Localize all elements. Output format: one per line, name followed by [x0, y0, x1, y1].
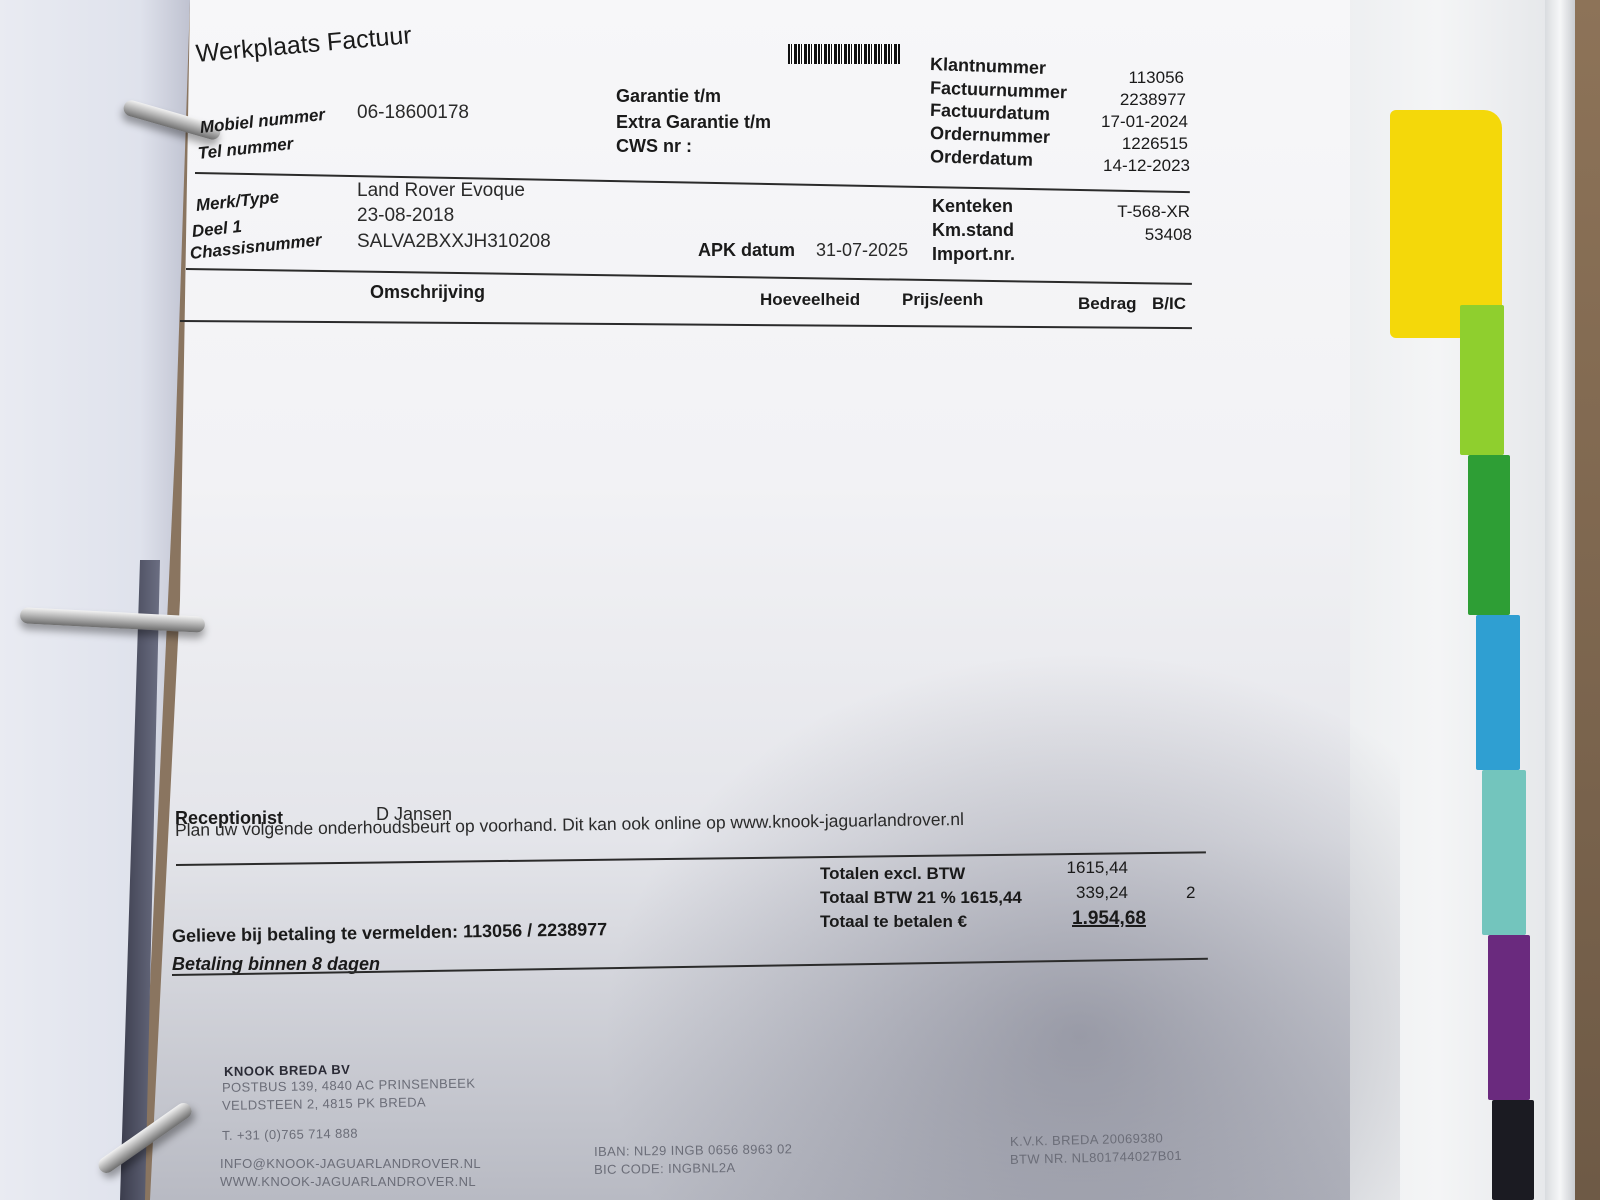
footer-company-name: KNOOK BREDA BV — [224, 1062, 351, 1079]
orderdatum-label: Orderdatum — [930, 146, 1034, 171]
payment-reference: Gelieve bij betaling te vermelden: 11305… — [172, 919, 608, 947]
kenteken-value: T-568-XR — [1070, 202, 1190, 222]
footer-bic: BIC CODE: INGBNL2A — [594, 1160, 736, 1177]
footer-address: VELDSTEEN 2, 4815 PK BREDA — [222, 1094, 426, 1113]
footer-website[interactable]: WWW.KNOOK-JAGUARLANDROVER.NL — [220, 1174, 476, 1189]
column-header-prijs-eenh: Prijs/eenh — [902, 290, 983, 310]
kenteken-label: Kenteken — [932, 196, 1013, 217]
footer-postbus: POSTBUS 139, 4840 AC PRINSENBEEK — [222, 1076, 476, 1095]
column-header-hoeveelheid: Hoeveelheid — [760, 290, 860, 310]
tel-label: Tel nummer — [197, 134, 294, 164]
totaal-te-betalen-value: 1.954,68 — [1072, 908, 1146, 930]
garantie-label: Garantie t/m — [616, 86, 721, 107]
divider-line — [180, 320, 1192, 329]
footer-phone: T. +31 (0)765 714 888 — [222, 1126, 358, 1143]
apk-label: APK datum — [698, 240, 795, 261]
ordernummer-label: Ordernummer — [930, 123, 1051, 148]
mobile-value: 06-18600178 — [357, 102, 469, 124]
maintenance-note: Plan uw volgende onderhoudsbeurt op voor… — [175, 809, 964, 841]
ordernummer-value: 1226515 — [1068, 134, 1188, 154]
footer-email[interactable]: INFO@KNOOK-JAGUARLANDROVER.NL — [220, 1156, 481, 1171]
totaal-te-betalen-label: Totaal te betalen € — [820, 912, 967, 932]
orderdatum-value: 14-12-2023 — [1070, 156, 1190, 176]
factuurnummer-label: Factuurnummer — [930, 78, 1068, 104]
column-header-bic: B/IC — [1152, 294, 1186, 314]
column-header-bedrag: Bedrag — [1078, 294, 1137, 314]
footer-iban: IBAN: NL29 INGB 0656 8963 02 — [594, 1141, 793, 1159]
merk-type-value: Land Rover Evoque — [357, 180, 525, 202]
klantnummer-label: Klantnummer — [930, 54, 1047, 79]
totaal-btw-label: Totaal BTW 21 % 1615,44 — [820, 888, 1022, 908]
km-stand-label: Km.stand — [932, 220, 1014, 241]
divider-line — [195, 172, 1190, 193]
import-label: Import.nr. — [932, 244, 1015, 265]
footer-btw-nr: BTW NR. NL801744027B01 — [1010, 1148, 1182, 1167]
invoice-content: Werkplaats Factuur Mobiel nummer Tel num… — [0, 0, 1600, 1200]
totals-excl-btw-value: 1615,44 — [1008, 858, 1128, 878]
invoice-title: Werkplaats Factuur — [195, 21, 413, 69]
klantnummer-value: 113056 — [1064, 68, 1184, 88]
mobile-label: Mobiel nummer — [199, 105, 326, 138]
column-header-omschrijving: Omschrijving — [370, 282, 485, 303]
factuurdatum-label: Factuurdatum — [930, 100, 1051, 125]
apk-value: 31-07-2025 — [816, 240, 908, 261]
chassis-value: SALVA2BXXJH310208 — [357, 231, 551, 253]
cws-label: CWS nr : — [616, 136, 692, 157]
km-stand-value: 53408 — [1072, 225, 1192, 245]
btw-code: 2 — [1186, 883, 1195, 903]
totals-excl-btw-label: Totalen excl. BTW — [820, 864, 965, 884]
barcode-icon — [788, 44, 900, 64]
extra-garantie-label: Extra Garantie t/m — [616, 112, 771, 133]
invoice-lines-area — [180, 330, 1190, 790]
footer-kvk: K.V.K. BREDA 20069380 — [1010, 1130, 1164, 1149]
factuurnummer-value: 2238977 — [1066, 90, 1186, 110]
deel1-value: 23-08-2018 — [357, 205, 454, 227]
factuurdatum-value: 17-01-2024 — [1068, 112, 1188, 132]
merk-type-label: Merk/Type — [195, 187, 280, 216]
divider-line — [186, 268, 1192, 285]
totaal-btw-value: 339,24 — [1008, 883, 1128, 903]
